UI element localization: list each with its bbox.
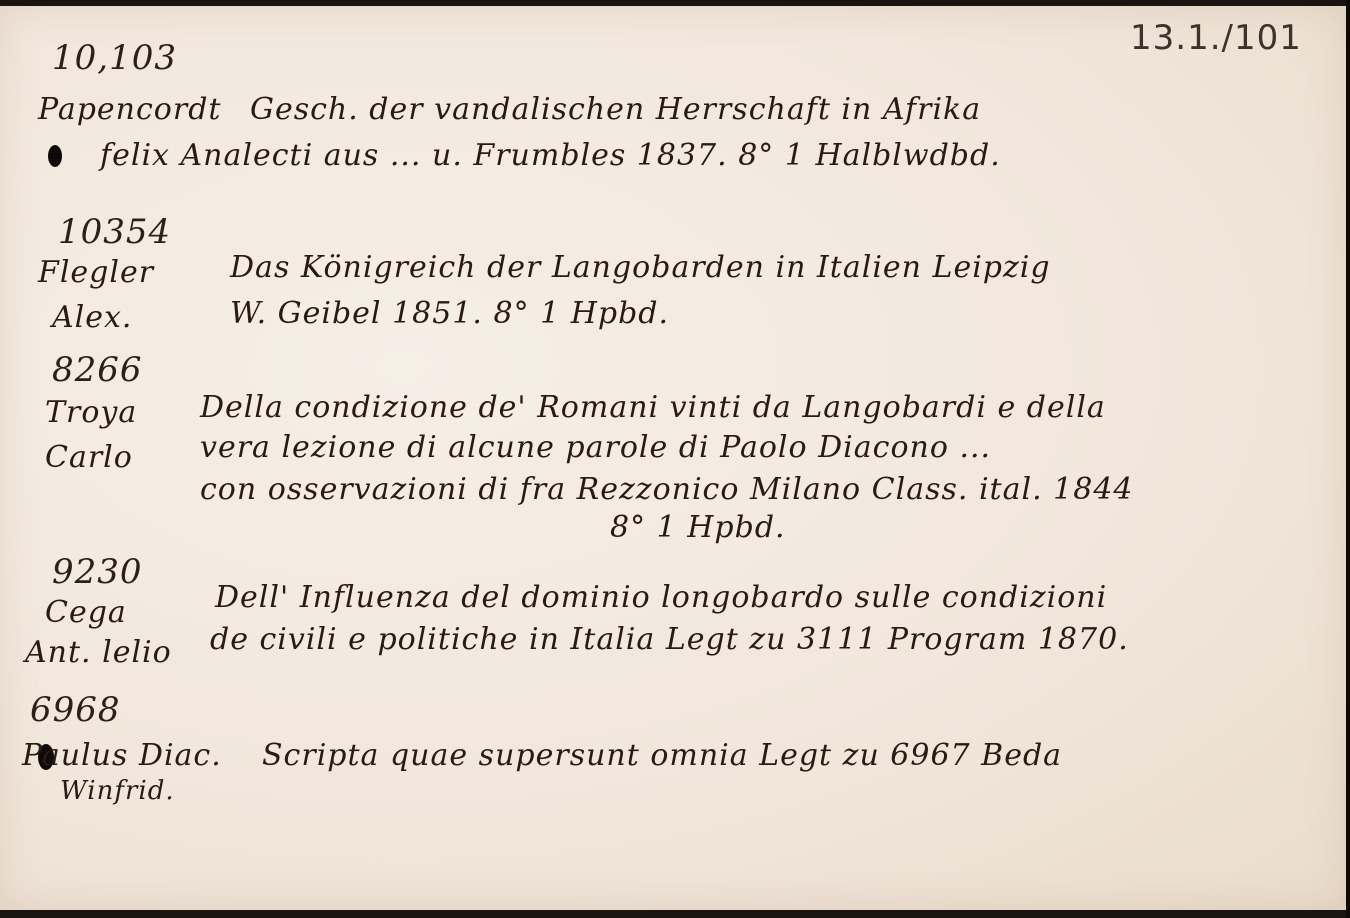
entry-author: Cega xyxy=(45,595,127,630)
entry-title-line: Della condizione de' Romani vinti da Lan… xyxy=(200,390,1106,425)
entry-title-line: Das Königreich der Langobarden in Italie… xyxy=(230,250,1051,285)
entry-number: 6968 xyxy=(30,690,121,730)
entry-author: Carlo xyxy=(45,440,133,475)
scan-edge xyxy=(1346,0,1350,918)
entry-title-line: con osservazioni di fra Rezzonico Milano… xyxy=(200,472,1134,507)
entry-author: Flegler xyxy=(38,255,154,290)
entry-author: Paulus Diac. xyxy=(22,738,222,773)
entry-author: Papencordt xyxy=(38,92,221,127)
entry-title-line: de civili e politiche in Italia Legt zu … xyxy=(210,622,1129,657)
entry-author: Winfrid. xyxy=(60,776,175,806)
entry-title-line: 8° 1 Hpbd. xyxy=(610,510,786,545)
entry-title-line: vera lezione di alcune parole di Paolo D… xyxy=(200,430,991,465)
entry-author: Alex. xyxy=(52,300,132,335)
entry-title-line: felix Analecti aus ... u. Frumbles 1837.… xyxy=(100,138,1001,173)
entry-title-line: W. Geibel 1851. 8° 1 Hpbd. xyxy=(230,296,669,331)
entry-author: Troya xyxy=(45,395,137,430)
entry-title-line: Dell' Influenza del dominio longobardo s… xyxy=(215,580,1107,615)
ink-blot xyxy=(48,145,62,167)
entry-title-line: Scripta quae supersunt omnia Legt zu 696… xyxy=(262,738,1062,773)
entry-number: 9230 xyxy=(52,552,143,592)
entry-number: 10,103 xyxy=(52,38,177,78)
shelfmark: 13.1./101 xyxy=(1130,18,1302,58)
entry-number: 8266 xyxy=(52,350,143,390)
entry-title-line: Gesch. der vandalischen Herrschaft in Af… xyxy=(250,92,981,127)
entry-number: 10354 xyxy=(58,212,171,252)
entry-author: Ant. lelio xyxy=(25,635,172,670)
